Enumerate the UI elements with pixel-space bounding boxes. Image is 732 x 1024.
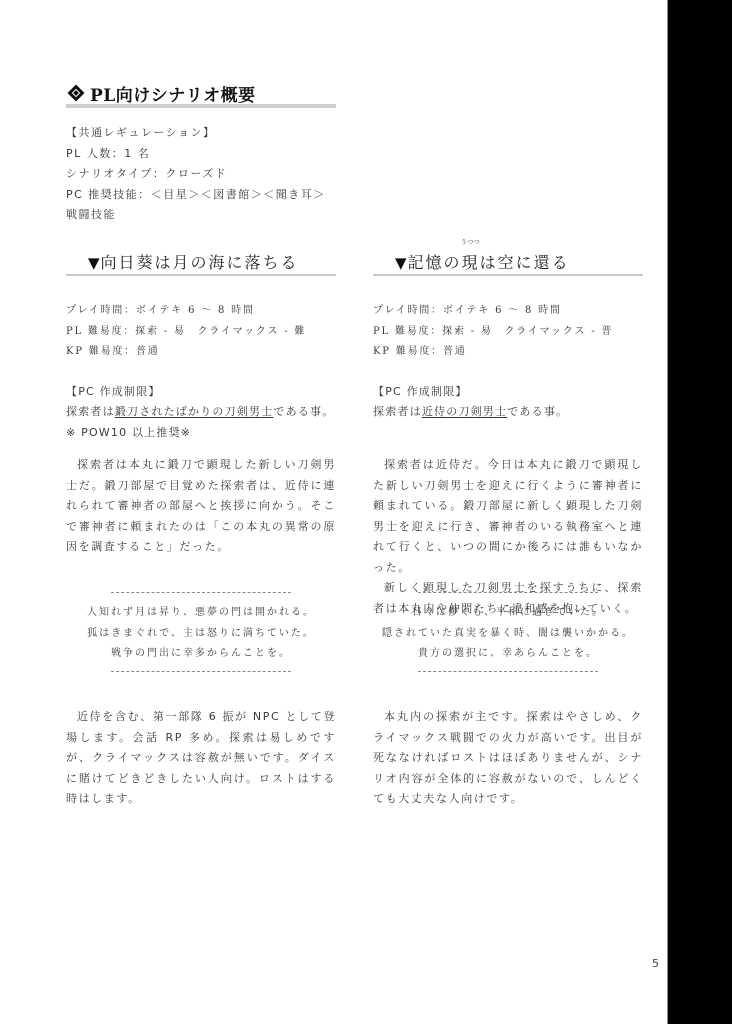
pc-restriction: 【PC 作成制限】 探索者は近侍の刀剣男士である事。 bbox=[373, 382, 643, 423]
scenario-summary-1: 近侍を含む、第一部隊 6 振が NPC として登場します。会話 RP 多め。探索… bbox=[66, 707, 336, 810]
ruby-reading: うつつ bbox=[461, 239, 481, 247]
heading-title: PL向けシナリオ概要 bbox=[90, 86, 256, 106]
dashed-divider bbox=[418, 671, 598, 680]
restriction-underlined: 鍛刀されたばかりの刀剣男士 bbox=[115, 405, 274, 418]
restriction-note: ※ POW10 以上推奨※ bbox=[66, 423, 336, 444]
restriction-title: 【PC 作成制限】 bbox=[66, 382, 336, 403]
ruby-word: うつつ現 bbox=[462, 248, 480, 278]
scenario-meta: プレイ時間：ボイテキ 6 ～ 8 時間 PL 難易度：探索 - 易 クライマック… bbox=[66, 301, 336, 363]
story-paragraph: 探索者は近侍だ。今日は本丸に鍛刀で顕現した新しい刀剣男士を迎えに行くように審神者… bbox=[373, 455, 643, 578]
pc-restriction: 【PC 作成制限】 探索者は鍛刀されたばかりの刀剣男士である事。 ※ POW10… bbox=[66, 382, 336, 444]
restriction-suffix: である事。 bbox=[507, 405, 568, 418]
summary-paragraph: 本丸内の探索が主です。探索はやさしめ、クライマックス戦闘での火力が高いです。出目… bbox=[373, 707, 643, 810]
viewer-margin bbox=[667, 0, 732, 1024]
scenario-title-2: ▼記憶のうつつ現は空に還る bbox=[373, 248, 643, 276]
poem-line: 狐はきまぐれで、主は怒りに満ちていた。 bbox=[66, 624, 336, 645]
restriction-text: 探索者は近侍の刀剣男士である事。 bbox=[373, 402, 643, 423]
scenario-title-post: は空に還る bbox=[480, 253, 570, 272]
poem-line: 貴方の選択に、幸あらんことを。 bbox=[373, 644, 643, 665]
scenario-column-1: ▼向日葵は月の海に落ちる プレイ時間：ボイテキ 6 ～ 8 時間 PL 難易度：… bbox=[66, 248, 336, 443]
page-number: 5 bbox=[652, 957, 659, 970]
scenario-title-1: ▼向日葵は月の海に落ちる bbox=[66, 248, 336, 276]
dashed-divider bbox=[111, 592, 291, 601]
restriction-underlined: 近侍の刀剣男士 bbox=[422, 405, 507, 418]
ruby-base: 現 bbox=[462, 253, 480, 272]
scenario-meta: プレイ時間：ボイテキ 6 ～ 8 時間 PL 難易度：探索 - 易 クライマック… bbox=[373, 301, 643, 363]
common-regulation-title: 【共通レギュレーション】 bbox=[66, 123, 356, 144]
poem-line: 日々は儚くも、平和に過ぎていた。 bbox=[373, 603, 643, 624]
poem-line: 人知れず月は昇り、悪夢の門は開かれる。 bbox=[66, 603, 336, 624]
dashed-divider bbox=[111, 671, 291, 680]
common-regulation: 【共通レギュレーション】 PL 人数：1 名 シナリオタイプ：クローズド PC … bbox=[66, 123, 356, 226]
play-time: プレイ時間：ボイテキ 6 ～ 8 時間 bbox=[66, 301, 336, 322]
diamond-crest-icon bbox=[68, 85, 85, 102]
restriction-prefix: 探索者は bbox=[66, 405, 115, 418]
play-time: プレイ時間：ボイテキ 6 ～ 8 時間 bbox=[373, 301, 643, 322]
regulation-line: シナリオタイプ：クローズド bbox=[66, 164, 356, 185]
dashed-divider bbox=[418, 592, 598, 601]
triangle-down-icon: ▼ bbox=[395, 254, 407, 272]
scenario-title-text: 向日葵は月の海に落ちる bbox=[101, 253, 299, 272]
scenario-story-1: 探索者は本丸に鍛刀で顕現した新しい刀剣男士だ。鍛刀部屋で目覚めた探索者は、近侍に… bbox=[66, 455, 336, 558]
restriction-suffix: である事。 bbox=[273, 405, 334, 418]
regulation-line: 戦闘技能 bbox=[66, 205, 356, 226]
scenario-summary-2: 本丸内の探索が主です。探索はやさしめ、クライマックス戦闘での火力が高いです。出目… bbox=[373, 707, 643, 810]
triangle-down-icon: ▼ bbox=[88, 254, 100, 272]
pl-difficulty: PL 難易度：探索 - 易 クライマックス - 普 bbox=[373, 322, 643, 343]
restriction-text: 探索者は鍛刀されたばかりの刀剣男士である事。 bbox=[66, 402, 336, 423]
story-paragraph: 探索者は本丸に鍛刀で顕現した新しい刀剣男士だ。鍛刀部屋で目覚めた探索者は、近侍に… bbox=[66, 455, 336, 558]
regulation-line: PC 推奨技能：＜目星＞＜図書館＞＜聞き耳＞ bbox=[66, 185, 356, 206]
document-page: PL向けシナリオ概要 【共通レギュレーション】 PL 人数：1 名 シナリオタイ… bbox=[0, 0, 667, 1024]
scenario-column-2: ▼記憶のうつつ現は空に還る プレイ時間：ボイテキ 6 ～ 8 時間 PL 難易度… bbox=[373, 248, 643, 423]
kp-difficulty: KP 難易度：普通 bbox=[66, 342, 336, 363]
restriction-title: 【PC 作成制限】 bbox=[373, 382, 643, 403]
restriction-prefix: 探索者は bbox=[373, 405, 422, 418]
poem-line: 戦争の門出に幸多からんことを。 bbox=[66, 644, 336, 665]
summary-paragraph: 近侍を含む、第一部隊 6 振が NPC として登場します。会話 RP 多め。探索… bbox=[66, 707, 336, 810]
section-heading: PL向けシナリオ概要 bbox=[66, 84, 336, 108]
regulation-line: PL 人数：1 名 bbox=[66, 144, 356, 165]
scenario-poem-2: 日々は儚くも、平和に過ぎていた。 隠されていた真実を暴く時、闇は襲いかかる。 貴… bbox=[373, 592, 643, 680]
scenario-title-pre: 記憶の bbox=[408, 253, 462, 272]
scenario-poem-1: 人知れず月は昇り、悪夢の門は開かれる。 狐はきまぐれで、主は怒りに満ちていた。 … bbox=[66, 592, 336, 680]
kp-difficulty: KP 難易度：普通 bbox=[373, 342, 643, 363]
pl-difficulty: PL 難易度：探索 - 易 クライマックス - 難 bbox=[66, 322, 336, 343]
poem-line: 隠されていた真実を暴く時、闇は襲いかかる。 bbox=[373, 624, 643, 645]
